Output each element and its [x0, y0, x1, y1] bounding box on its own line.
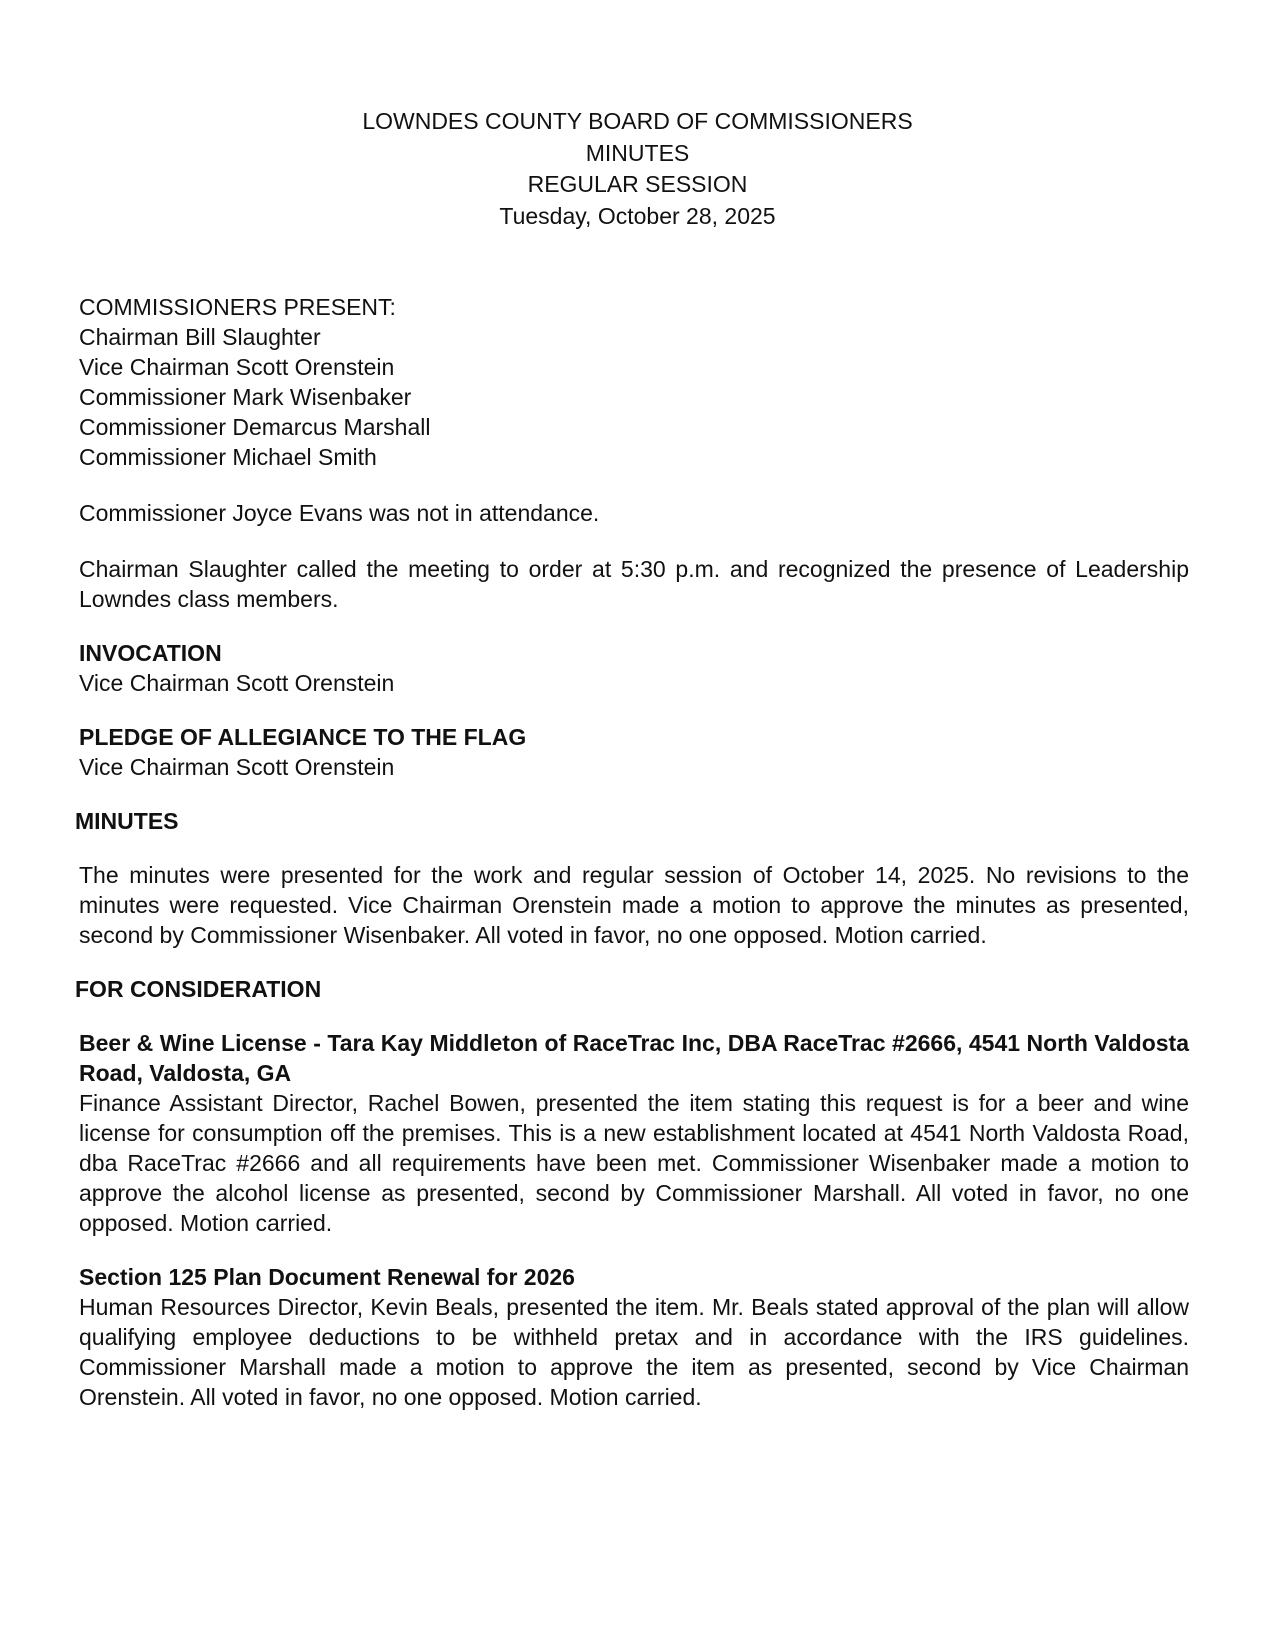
item-body: Finance Assistant Director, Rachel Bowen…	[79, 1088, 1189, 1238]
absent-note: Commissioner Joyce Evans was not in atte…	[79, 498, 1189, 528]
invocation-by: Vice Chairman Scott Orenstein	[79, 668, 1189, 698]
minutes-section: MINUTES The minutes were presented for t…	[79, 806, 1189, 950]
minutes-heading: MINUTES	[75, 806, 1189, 836]
call-to-order: Chairman Slaughter called the meeting to…	[79, 554, 1189, 614]
for-consideration-heading: FOR CONSIDERATION	[75, 974, 1189, 1004]
invocation-section: INVOCATION Vice Chairman Scott Orenstein	[79, 638, 1189, 698]
document-header: LOWNDES COUNTY BOARD OF COMMISSIONERS MI…	[0, 106, 1275, 232]
meeting-date: Tuesday, October 28, 2025	[0, 201, 1275, 233]
pledge-heading: PLEDGE OF ALLEGIANCE TO THE FLAG	[79, 722, 1189, 752]
attendance-section: COMMISSIONERS PRESENT: Chairman Bill Sla…	[79, 292, 1189, 472]
attendance-heading: COMMISSIONERS PRESENT:	[79, 292, 1189, 322]
item-title: Beer & Wine License - Tara Kay Middleton…	[79, 1028, 1189, 1088]
pledge-by: Vice Chairman Scott Orenstein	[79, 752, 1189, 782]
invocation-heading: INVOCATION	[79, 638, 1189, 668]
item-body: Human Resources Director, Kevin Beals, p…	[79, 1292, 1189, 1412]
present-member: Commissioner Michael Smith	[79, 442, 1189, 472]
present-member: Vice Chairman Scott Orenstein	[79, 352, 1189, 382]
present-member: Commissioner Demarcus Marshall	[79, 412, 1189, 442]
item-title: Section 125 Plan Document Renewal for 20…	[79, 1262, 1189, 1292]
present-member: Chairman Bill Slaughter	[79, 322, 1189, 352]
pledge-section: PLEDGE OF ALLEGIANCE TO THE FLAG Vice Ch…	[79, 722, 1189, 782]
session-type: REGULAR SESSION	[0, 169, 1275, 201]
document-type: MINUTES	[0, 138, 1275, 170]
minutes-content: COMMISSIONERS PRESENT: Chairman Bill Sla…	[79, 292, 1189, 1412]
organization-name: LOWNDES COUNTY BOARD OF COMMISSIONERS	[0, 106, 1275, 138]
for-consideration-section: FOR CONSIDERATION Beer & Wine License - …	[79, 974, 1189, 1412]
minutes-body: The minutes were presented for the work …	[79, 860, 1189, 950]
present-member: Commissioner Mark Wisenbaker	[79, 382, 1189, 412]
consideration-item: Beer & Wine License - Tara Kay Middleton…	[79, 1028, 1189, 1238]
consideration-item: Section 125 Plan Document Renewal for 20…	[79, 1262, 1189, 1412]
